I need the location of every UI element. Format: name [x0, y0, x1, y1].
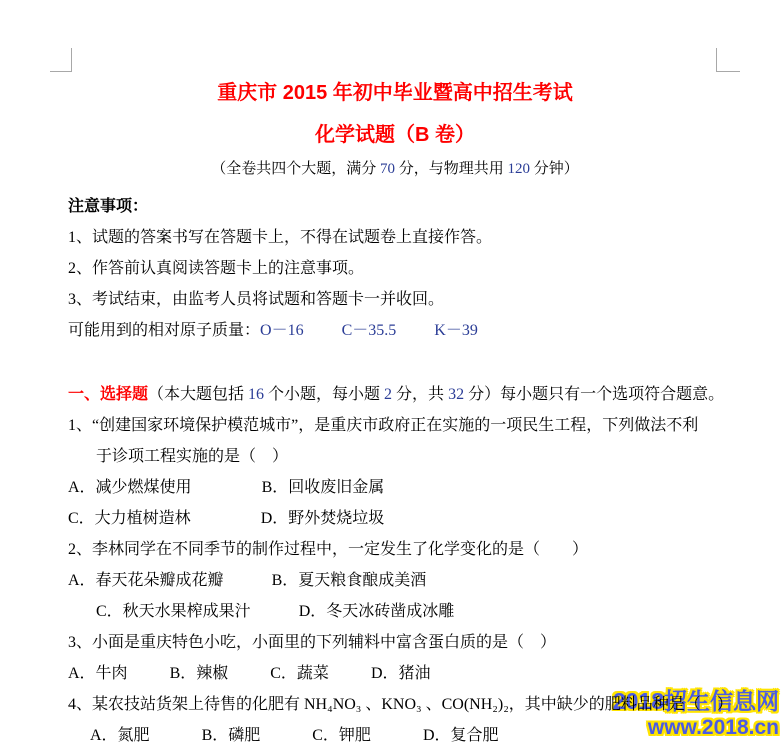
section-points-each: 2	[384, 386, 392, 403]
section-heading: 一、选择题（本大题包括 16 个小题，每小题 2 分，共 32 分）每小题只有一…	[68, 386, 722, 404]
document-page: 2018招生信息网 www.2018.cn 重庆市 2015 年初中毕业暨高中招…	[0, 0, 782, 746]
section-segment: （本大题包括	[148, 386, 248, 403]
question-2-option-a: A．春天花朵瓣成花瓣	[68, 572, 224, 590]
exam-paper-content: 重庆市 2015 年初中毕业暨高中招生考试 化学试题（B 卷） （全卷共四个大题…	[68, 80, 722, 745]
atomic-mass-K: K－39	[434, 322, 478, 339]
question-1-line-2: 于诊项工程实施的是（ ）	[68, 448, 722, 466]
note-item-2: 2、作答前认真阅读答题卡上的注意事项。	[68, 260, 722, 278]
meta-total-score: 70	[380, 161, 395, 177]
margin-crop-mark-top-left-vertical	[71, 48, 72, 72]
question-2-option-d: D．冬天冰砖凿成冰雕	[299, 603, 455, 621]
meta-segment: 分钟）	[530, 161, 579, 177]
question-2-options-row-2: C．秋天水果榨成果汁D．冬天冰砖凿成冰雕	[68, 603, 722, 621]
question-3-option-d: D．猪油	[371, 665, 431, 683]
question-1-options-row-2: C．大力植树造林D．野外焚烧垃圾	[68, 510, 722, 528]
question-4-option-d: D．复合肥	[423, 727, 499, 745]
section-segment: 个小题，每小题	[264, 386, 384, 403]
notes-heading: 注意事项：	[68, 198, 722, 216]
question-1-line-1: 1、“创建国家环境保护模范城市”，是重庆市政府正在实施的一项民生工程，下列做法不…	[68, 417, 722, 435]
section-segment: 分）每小题只有一个选项符合题意。	[464, 386, 724, 403]
question-2-line-1: 2、李林同学在不同季节的制作过程中，一定发生了化学变化的是（ ）	[68, 541, 722, 559]
margin-crop-mark-top-right-vertical	[716, 48, 717, 72]
meta-total-minutes: 120	[508, 161, 531, 177]
section-segment: 分，共	[392, 386, 448, 403]
atomic-mass-line: 可能用到的相对原子质量：O－16C－35.5K－39	[68, 322, 722, 340]
exam-subtitle: 化学试题（B 卷）	[68, 122, 722, 148]
question-2-options-row-1: A．春天花朵瓣成花瓣B．夏天粮食酿成美酒	[68, 572, 722, 590]
atomic-mass-label: 可能用到的相对原子质量：	[68, 322, 260, 339]
question-3-options-row-1: A．牛肉B．辣椒C．蔬菜D．猪油	[68, 665, 722, 683]
margin-crop-mark-top-right-horizontal	[717, 71, 740, 72]
question-2-option-b: B．夏天粮食酿成美酒	[272, 572, 427, 590]
section-question-count: 16	[248, 386, 264, 403]
meta-segment: 分，与物理共用	[395, 161, 508, 177]
question-1-option-b: B．回收废旧金属	[262, 479, 385, 497]
question-2-option-c: C．秋天水果榨成果汁	[96, 603, 251, 621]
section-title: 一、选择题	[68, 386, 148, 403]
question-1-option-c: C．大力植树造林	[68, 510, 191, 528]
question-3-option-b: B．辣椒	[170, 665, 229, 683]
question-1-option-d: D．野外焚烧垃圾	[261, 510, 385, 528]
atomic-mass-C: C－35.5	[342, 322, 397, 339]
margin-crop-mark-top-left-horizontal	[50, 71, 71, 72]
exam-title: 重庆市 2015 年初中毕业暨高中招生考试	[68, 80, 722, 106]
question-3-option-c: C．蔬菜	[270, 665, 329, 683]
section-points-total: 32	[448, 386, 464, 403]
question-4-option-c: C．钾肥	[312, 727, 371, 745]
note-item-1: 1、试题的答案书写在答题卡上，不得在试题卷上直接作答。	[68, 229, 722, 247]
question-3-option-a: A．牛肉	[68, 665, 128, 683]
meta-segment: （全卷共四个大题，满分	[211, 161, 380, 177]
question-4-options-row-1: A．氮肥B．磷肥C．钾肥D．复合肥	[68, 727, 722, 745]
question-3-line-1: 3、小面是重庆特色小吃，小面里的下列辅料中富含蛋白质的是（ ）	[68, 634, 722, 652]
atomic-mass-O: O－16	[260, 322, 304, 339]
exam-meta-line: （全卷共四个大题，满分 70 分，与物理共用 120 分钟）	[68, 160, 722, 178]
note-item-3: 3、考试结束，由监考人员将试题和答题卡一并收回。	[68, 291, 722, 309]
question-4-line-1: 4、某农技站货架上待售的化肥有 NH₄NO₃ 、KNO₃ 、CO(NH₂)₂，其…	[68, 696, 722, 714]
question-1-option-a: A．减少燃煤使用	[68, 479, 192, 497]
question-1-options-row-1: A．减少燃煤使用B．回收废旧金属	[68, 479, 722, 497]
question-4-option-b: B．磷肥	[202, 727, 261, 745]
question-4-option-a: A．氮肥	[90, 727, 150, 745]
